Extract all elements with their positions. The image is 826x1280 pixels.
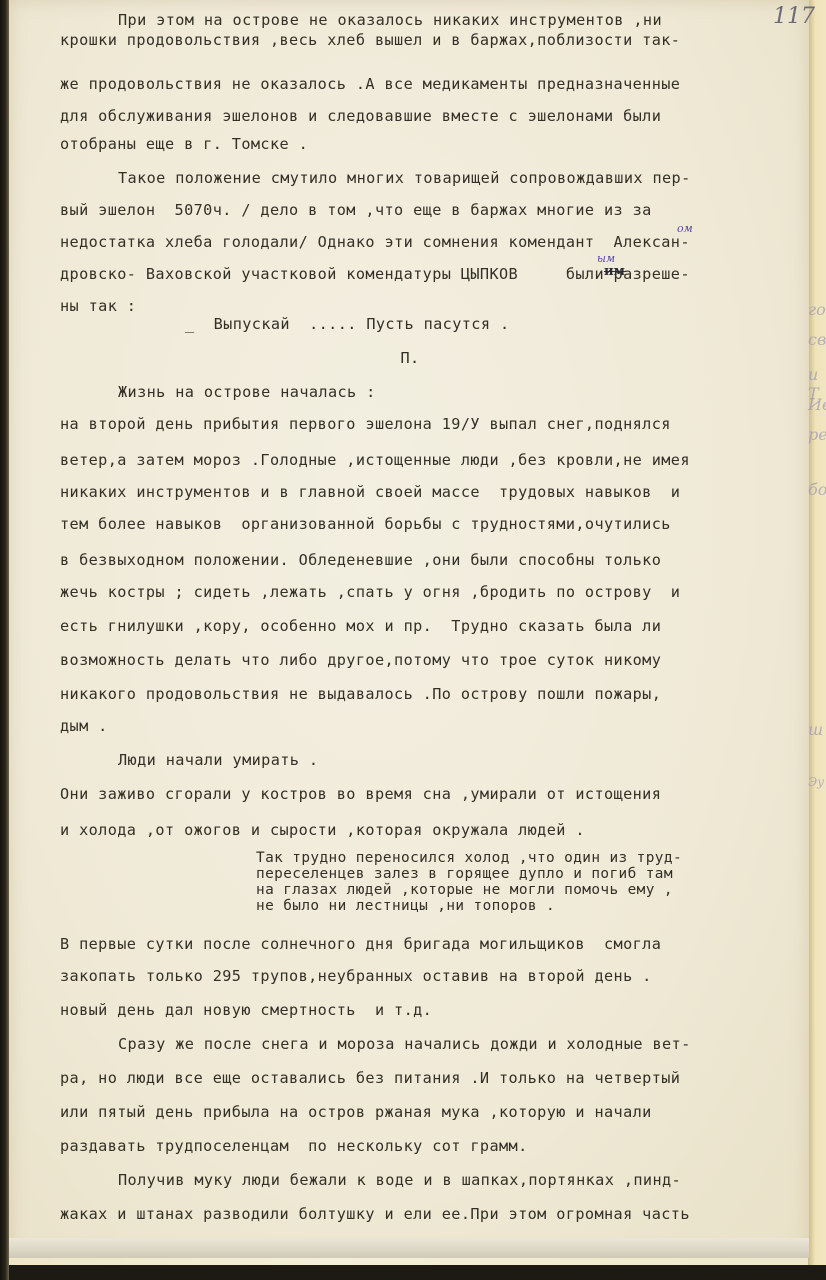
text-line: Такое положение смутило многих товарищей… [60,168,691,188]
quote-line: не было ни лестницы ,ни топоров . [256,898,555,914]
text-line: никакого продовольствия не выдавалось .П… [60,684,661,704]
text-line: При этом на острове не оказалось никаких… [60,10,662,30]
text-line: недостатка хлеба голодали/ Однако эти со… [60,232,690,252]
quote-line: Так трудно переносился холод ,что один и… [256,850,682,866]
text-line: Сразу же после снега и мороза начались д… [60,1034,691,1054]
text-line: никаких инструментов и в главной своей м… [60,482,680,502]
text-line: Жизнь на острове началась : [60,382,376,402]
margin-note: бо [808,480,826,499]
text-line: раздавать трудпоселенцам по нескольку со… [60,1136,528,1156]
margin-note: ш [808,720,823,739]
text-line: на второй день прибытия первого эшелона … [60,414,671,434]
text-line: Люди начали умирать . [60,750,318,770]
text-line: вый эшелон 5070ч. / дело в том ,что еще … [60,200,652,220]
text-line: же продовольствия не оказалось .А все ме… [60,74,680,94]
text-line: Они заживо сгорали у костров во время сн… [60,784,661,804]
binding-edge [0,0,9,1280]
text-line: жаках и штанах разводили болтушку и ели … [60,1204,690,1224]
text-line: и холода ,от ожогов и сырости ,которая о… [60,820,585,840]
text-line: В первые сутки после солнечного дня бриг… [60,934,661,954]
text-line: ветер,а затем мороз .Голодные ,истощенны… [60,450,690,470]
page-number: 117 [773,4,815,29]
text-line: дровско- Ваховской участковой комендатур… [60,264,690,284]
margin-note: св [808,330,826,349]
margin-note: ре [808,425,826,444]
text-line: закопать только 295 трупов,неубранных ос… [60,966,652,986]
text-line: ны так : [60,296,136,316]
margin-note: Эу [808,775,824,789]
text-line: Получив муку люди бежали к воде и в шапк… [60,1170,681,1190]
quote-line: на глазах людей ,которые не могли помочь… [256,882,673,898]
text-line: возможность делать что либо другое,потом… [60,650,661,670]
text-line: новый день дал новую смертность и т.д. [60,1000,432,1020]
quote-line: переселенцев залез в горящее дупло и пог… [256,866,673,882]
text-line: есть гнилушки ,кору, особенно мох и пр. … [60,616,661,636]
text-line: дым . [60,716,108,736]
text-line: для обслуживания эшелонов и следовавшие … [60,106,661,126]
text-line: жечь костры ; сидеть ,лежать ,спать у ог… [60,582,680,602]
text-line: _ Выпускай ..... Пусть пасутся . [60,314,509,334]
underlying-page-strip [808,0,826,1265]
text-line: в безвыходном положении. Обледеневшие ,о… [60,550,661,570]
text-line: или пятый день прибыла на остров ржаная … [60,1102,652,1122]
text-line: тем более навыков организованной борьбы … [60,514,671,534]
margin-note: го [808,300,826,319]
text-line: ра, но люди все еще оставались без питан… [60,1068,680,1088]
section-number: П. [60,348,760,368]
text-line: крошки продовольствия ,весь хлеб вышел и… [60,30,680,50]
text-line: отобраны еще в г. Томске . [60,134,308,154]
page-bottom-edge [9,1238,809,1258]
margin-note: Ие [808,395,826,414]
